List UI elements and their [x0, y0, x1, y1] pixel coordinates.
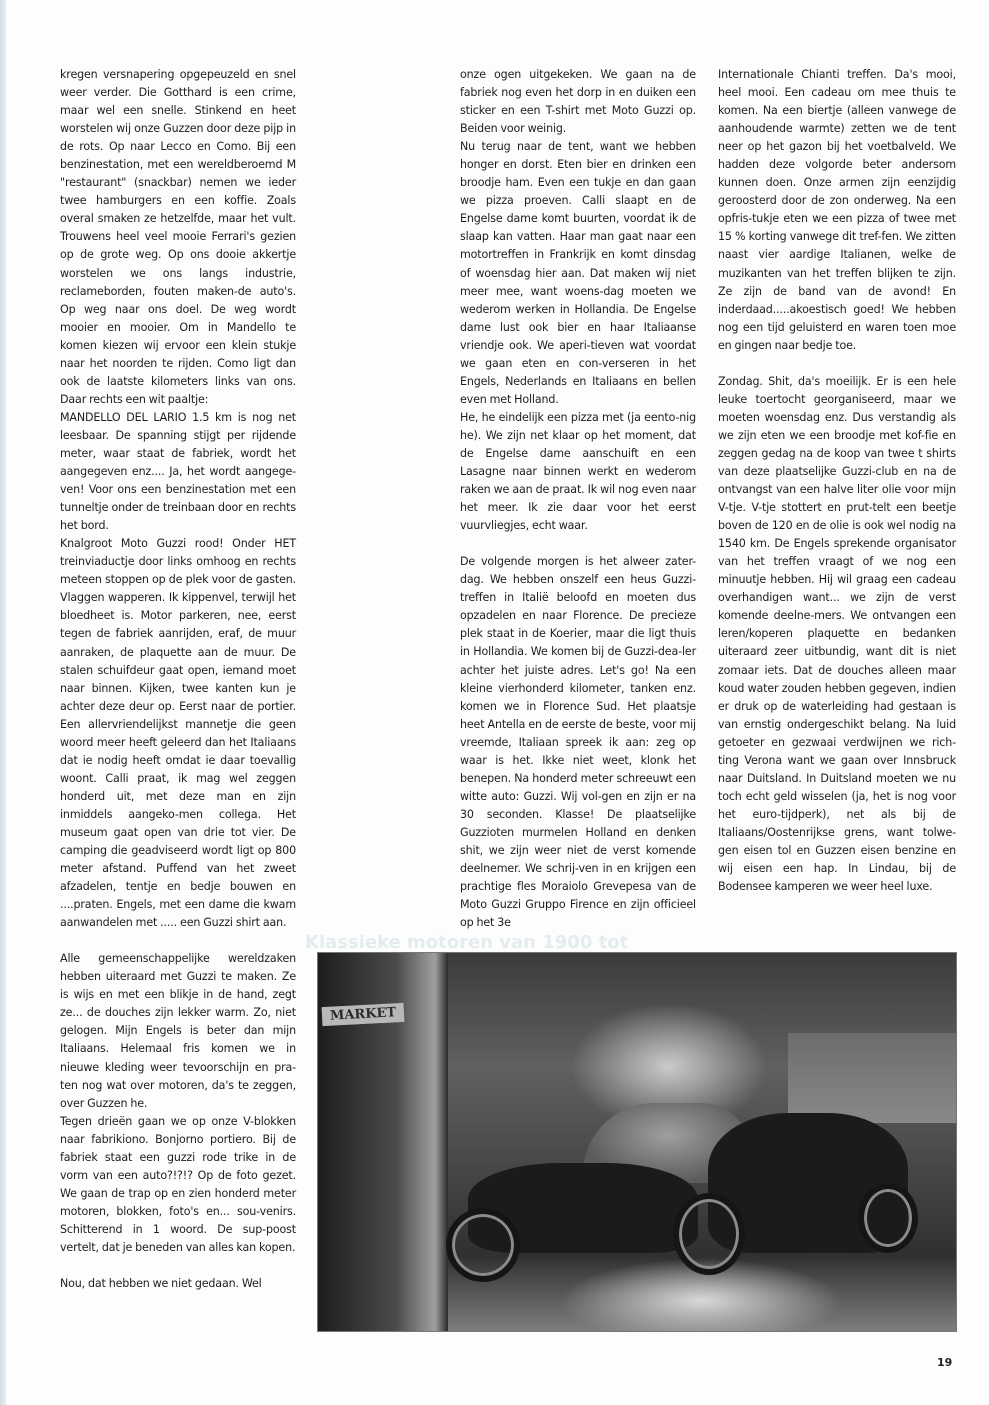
page-number: 19: [937, 1356, 952, 1369]
paragraph: Internationale Chianti treffen. Da's moo…: [718, 66, 956, 355]
paragraph: Zondag. Shit, da's moeilijk. Er is een h…: [718, 373, 956, 896]
bleed-through-text: Klassieke motoren van 1900 tot: [305, 932, 725, 954]
wheel-icon: [446, 1208, 520, 1282]
paragraph: De volgende morgen is het alweer zater-d…: [460, 553, 696, 932]
paragraph: onze ogen uitgekeken. We gaan na de fabr…: [460, 66, 696, 138]
paragraph: kregen versnapering opgepeuzeld en snel …: [60, 66, 296, 409]
paragraph: Tegen drieën gaan we op onze V-blokken n…: [60, 1113, 296, 1257]
paragraph: Knalgroot Moto Guzzi rood! Onder HET tre…: [60, 535, 296, 932]
page-edge-strip: [0, 0, 6, 1405]
paragraph: Alle gemeenschappelijke wereldzaken hebb…: [60, 950, 296, 1112]
article-column-left: kregen versnapering opgepeuzeld en snel …: [60, 66, 296, 1293]
paragraph: He, he eindelijk een pizza met (ja eento…: [460, 409, 696, 535]
article-column-middle: onze ogen uitgekeken. We gaan na de fabr…: [460, 66, 696, 932]
motorcycles-campsite-photo: MARKET: [317, 952, 957, 1332]
wheel-icon: [673, 1193, 745, 1275]
article-column-right: Internationale Chianti treffen. Da's moo…: [718, 66, 956, 896]
paragraph: MANDELLO DEL LARIO 1.5 km is nog net lee…: [60, 409, 296, 535]
paragraph: Nu terug naar de tent, want we hebben ho…: [460, 138, 696, 409]
building-shape: [788, 1033, 957, 1123]
paragraph: Nou, dat hebben we niet gedaan. Wel: [60, 1275, 296, 1293]
wheel-icon: [858, 1183, 918, 1253]
